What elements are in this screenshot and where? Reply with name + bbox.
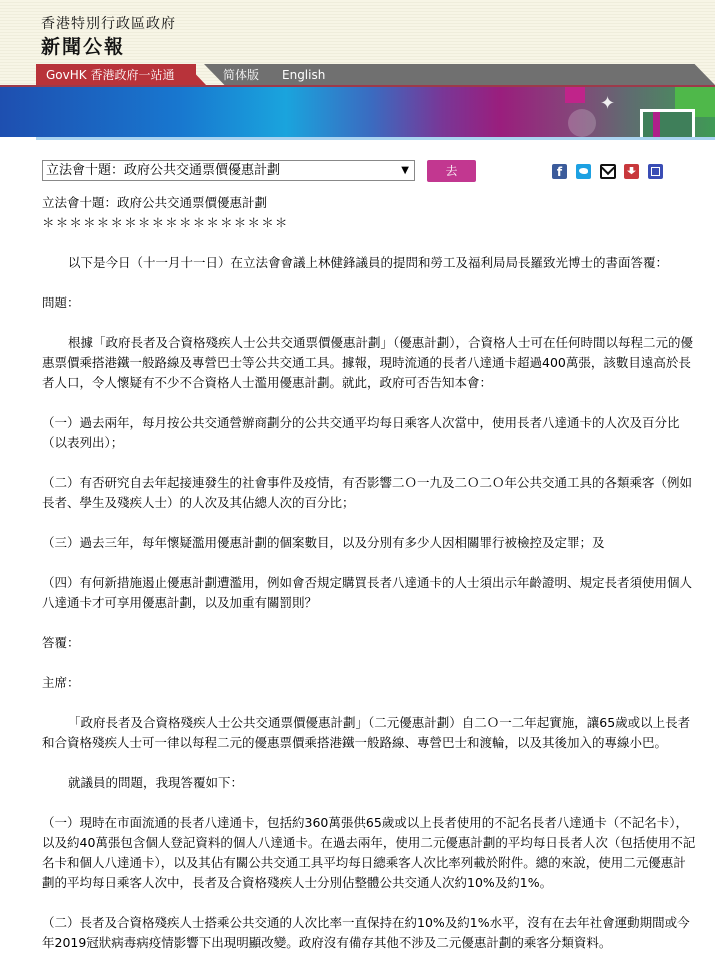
intro-paragraph: 以下是今日（十一月十一日）在立法會會議上林健鋒議員的提問和勞工及福利局局長羅致光… [42, 253, 697, 273]
banner-decoration [565, 87, 585, 103]
nav-divider [186, 64, 206, 85]
reply-heading: 答覆： [42, 633, 697, 653]
question-item: （四）有何新措施遏止優惠計劃遭濫用，例如會否規定購買長者八達通卡的人士須出示年齡… [42, 573, 697, 613]
govhk-link[interactable]: GovHK 香港政府一站通 [36, 64, 196, 85]
question-item: （一）過去兩年，每月按公共交通營辦商劃分的公共交通平均每日乘客人次當中，使用長者… [42, 413, 697, 453]
facebook-icon[interactable]: f [552, 164, 567, 179]
banner-decoration [653, 112, 660, 137]
english-link[interactable]: English [282, 64, 325, 86]
banner-underline [36, 137, 715, 140]
question-item: （三）過去三年，每年懷疑濫用優惠計劃的個案數目，以及分別有多少人因相關罪行被檢控… [42, 533, 697, 553]
print-icon[interactable] [648, 164, 663, 179]
sparkle-icon: ✦ [600, 93, 615, 114]
site-header: 香港特別行政區政府 新聞公報 GovHK 香港政府一站通 简体版 English [0, 0, 715, 85]
twitter-icon[interactable] [576, 164, 591, 179]
question-body: 根據「政府長者及合資格殘疾人士公共交通票價優惠計劃」（優惠計劃），合資格人士可在… [42, 333, 697, 393]
nav-grey-bar [204, 64, 715, 85]
chairman-salutation: 主席： [42, 673, 697, 693]
chevron-down-icon: ▼ [401, 161, 409, 180]
separator-stars: ＊＊＊＊＊＊＊＊＊＊＊＊＊＊＊＊＊＊ [42, 213, 697, 233]
question-heading: 問題： [42, 293, 697, 313]
email-icon[interactable] [600, 164, 616, 179]
article-select[interactable]: 立法會十題：政府公共交通票價優惠計劃 ▼ [42, 160, 415, 181]
press-release-title: 新聞公報 [41, 32, 125, 59]
article-select-value: 立法會十題：政府公共交通票價優惠計劃 [46, 163, 280, 178]
article-body: 立法會十題：政府公共交通票價優惠計劃 ＊＊＊＊＊＊＊＊＊＊＊＊＊＊＊＊＊＊ 以下… [42, 193, 697, 888]
go-button[interactable]: 去 [427, 160, 476, 182]
banner-image: ✦ [0, 85, 715, 137]
article-toolbar: 立法會十題：政府公共交通票價優惠計劃 ▼ 去 f [0, 153, 715, 193]
reply-lead: 就議員的問題，我現答覆如下： [42, 773, 697, 793]
download-icon[interactable] [624, 164, 639, 179]
top-nav: GovHK 香港政府一站通 简体版 English [36, 64, 715, 85]
answer-item: （一）現時在市面流通的長者八達通卡，包括約360萬張供65歲或以上長者使用的不記… [42, 813, 697, 888]
reply-intro: 「政府長者及合資格殘疾人士公共交通票價優惠計劃」（二元優惠計劃）自二Ｏ一二年起實… [42, 713, 697, 753]
question-item: （二）有否研究自去年起接連發生的社會事件及疫情，有否影響二Ｏ一九及二Ｏ二Ｏ年公共… [42, 473, 697, 513]
banner-decoration [568, 109, 596, 137]
article-title: 立法會十題：政府公共交通票價優惠計劃 [42, 193, 697, 213]
banner-decoration [640, 109, 695, 137]
government-title: 香港特別行政區政府 [41, 13, 176, 33]
simplified-chinese-link[interactable]: 简体版 [223, 64, 259, 86]
